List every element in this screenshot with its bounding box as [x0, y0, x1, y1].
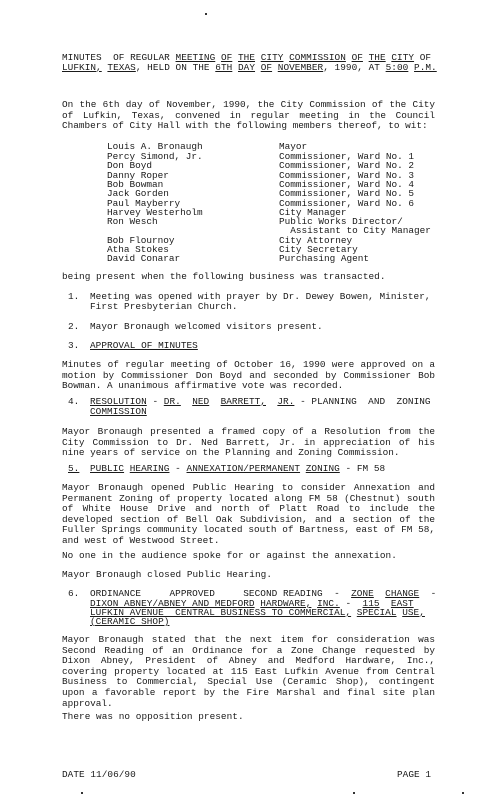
- item-number: 6.: [68, 589, 79, 600]
- item4-body: Mayor Bronaugh presented a framed copy o…: [62, 427, 435, 459]
- item4-heading-line-2: COMMISSION: [90, 407, 147, 418]
- item-number: 2.: [68, 322, 79, 333]
- being-present-line: being present when the following busines…: [62, 272, 386, 283]
- intro-paragraph: On the 6th day of November, 1990, the Ci…: [62, 100, 435, 132]
- footer-page-number: PAGE 1: [397, 770, 431, 781]
- item6-heading-line-4: (CERAMIC SHOP): [90, 617, 169, 628]
- scan-speck: [462, 792, 464, 794]
- item5-closed: Mayor Bronaugh closed Public Hearing.: [62, 570, 272, 581]
- item-number: 5.: [68, 464, 79, 475]
- scan-speck: [353, 792, 355, 794]
- document-page: MINUTES OF REGULAR MEETING OF THE CITY C…: [0, 0, 488, 800]
- item-number: 3.: [68, 341, 79, 352]
- item5-body: Mayor Bronaugh opened Public Hearing to …: [62, 483, 435, 547]
- member-name: David Conarar: [107, 254, 180, 265]
- item1-text-2: First Presbyterian Church.: [90, 302, 238, 313]
- item2-text: Mayor Bronaugh welcomed visitors present…: [90, 322, 323, 333]
- item3-body: Minutes of regular meeting of October 16…: [62, 360, 435, 392]
- scan-speck: [205, 13, 207, 15]
- item-number: 1.: [68, 292, 79, 303]
- footer-date: DATE 11/06/90: [62, 770, 136, 781]
- scan-speck: [81, 792, 83, 794]
- member-name: Ron Wesch: [107, 217, 158, 228]
- item-number: 4.: [68, 397, 79, 408]
- item6-no-opposition: There was no opposition present.: [62, 712, 244, 723]
- member-title: Purchasing Agent: [279, 254, 369, 265]
- item3-heading: APPROVAL OF MINUTES: [90, 341, 198, 352]
- item5-no-one: No one in the audience spoke for or agai…: [62, 551, 397, 562]
- item6-body: Mayor Bronaugh stated that the next item…: [62, 635, 435, 709]
- title-line-2: LUFKIN, TEXAS, HELD ON THE 6TH DAY OF NO…: [62, 63, 437, 74]
- item5-heading: PUBLIC HEARING - ANNEXATION/PERMANENT ZO…: [90, 464, 385, 475]
